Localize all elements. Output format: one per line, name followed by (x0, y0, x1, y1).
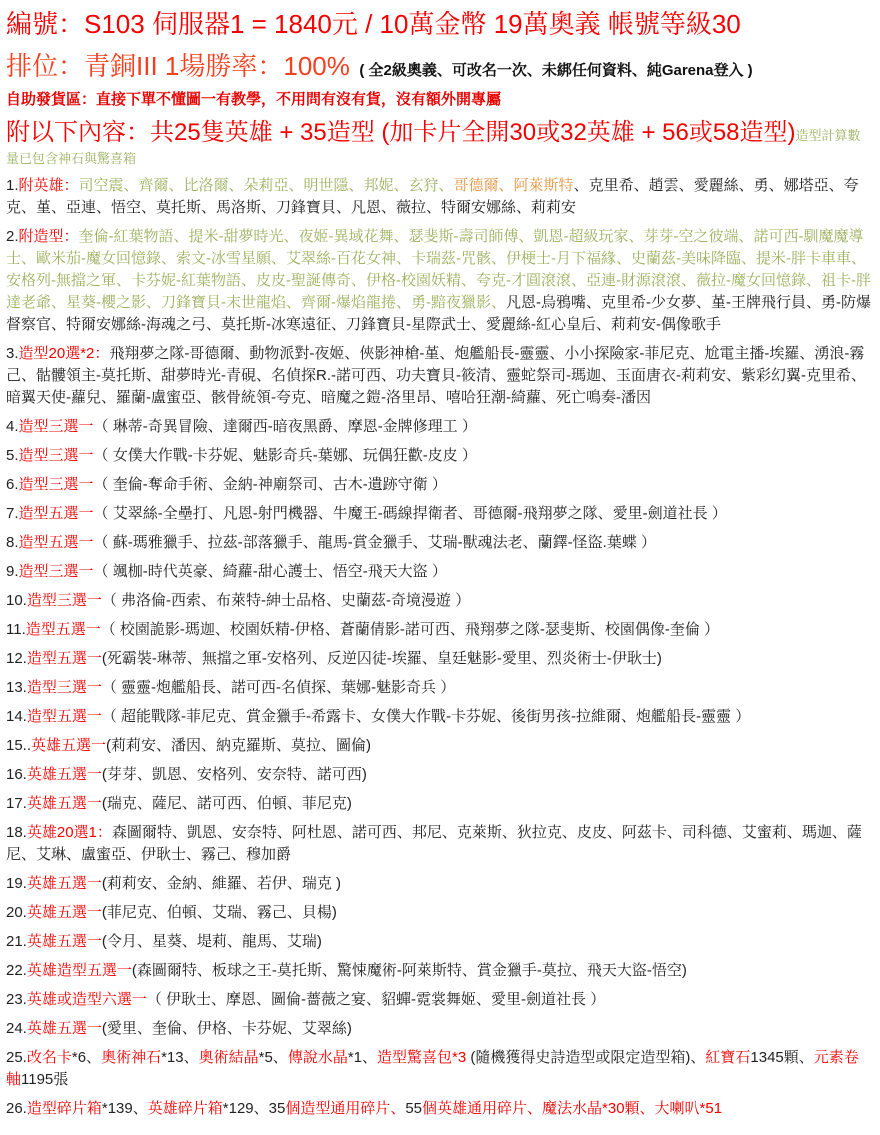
list-item: 4.造型三選一（ 琳蒂-奇異冒險、達爾西-暗夜黑爵、摩恩-金牌修理工 ） (6, 416, 872, 438)
list-item: 17.英雄五選一(瑞克、薩尼、諾可西、伯頓、菲尼克) (6, 793, 872, 815)
item-number: 11. (6, 621, 26, 638)
item-text: 1195張 (21, 1071, 68, 1088)
item-text: *139、 (102, 1100, 148, 1117)
item-number: 5. (6, 447, 19, 464)
item-text: （ 伊耿士、摩恩、圖倫-薔薇之宴、貂蟬-霓裳舞姬、愛里-劍道社長 ） (147, 991, 605, 1008)
item-text: （ 艾翠絲-全壘打、凡恩-射門機器、牛魔王-碼線捍衛者、哥德爾-飛翔夢之隊、愛里… (94, 505, 727, 522)
item-text: (隨機獲得史詩造型或限定造型箱)、 (466, 1049, 705, 1066)
item-text: (森圖爾特、板球之王-莫托斯、驚悚魔術-阿萊斯特、賞金獵手-莫拉、飛天大盜-悟空… (132, 962, 687, 979)
item-text: 奧術神石 (101, 1049, 161, 1066)
list-item: 22.英雄造型五選一(森圖爾特、板球之王-莫托斯、驚悚魔術-阿萊斯特、賞金獵手-… (6, 960, 872, 982)
list-item: 19.英雄五選一(莉莉安、金納、維羅、若伊、瑞克 ) (6, 873, 872, 895)
item-label: 造型三選一 (27, 592, 102, 609)
item-text: 造型驚喜包*3 (377, 1049, 466, 1066)
list-item: 18.英雄20選1：森圖爾特、凱恩、安奈特、阿杜恩、諾可西、邦尼、克萊斯、狄拉克… (6, 822, 872, 866)
item-number: 10. (6, 592, 27, 609)
item-text: 個英雄通用碎片、魔法水晶*30顆、大喇叭*51 (422, 1100, 722, 1117)
item-text: 英雄碎片箱 (148, 1100, 223, 1117)
item-label: 附造型： (19, 228, 79, 245)
item-text: （ 校園詭影-瑪迦、校園妖精-伊格、蒼蘭倩影-諾可西、飛翔夢之隊-瑟斐斯、校園偶… (101, 621, 719, 638)
item-label: 英雄五選一 (31, 737, 106, 754)
item-text: *13、 (161, 1049, 199, 1066)
item-text: （ 琳蒂-奇異冒險、達爾西-暗夜黑爵、摩恩-金牌修理工 ） (94, 418, 477, 435)
list-item: 15..英雄五選一(莉莉安、潘因、納克羅斯、莫拉、圖倫) (6, 735, 872, 757)
item-text: 紅寶石 (705, 1049, 750, 1066)
rank-line: 排位：青銅III 1場勝率：100% ( 全2級奧義、可改名一次、未綁任何資料、… (6, 50, 872, 83)
list-item: 8.造型五選一（ 蘇-瑪雅獵手、拉茲-部落獵手、龍馬-賞金獵手、艾瑞-獸魂法老、… (6, 532, 872, 554)
item-number: 8. (6, 534, 19, 551)
item-text: (芽芽、凱恩、安格列、安奈特、諾可西) (102, 766, 367, 783)
item-number: 21. (6, 933, 27, 950)
item-number: 15.. (6, 737, 31, 754)
item-label: 附英雄： (19, 177, 79, 194)
item-number: 24. (6, 1020, 27, 1037)
item-label: 英雄五選一 (27, 875, 102, 892)
item-text: （ 靈靈-炮艦船長、諾可西-名偵探、葉娜-魅影奇兵 ） (102, 679, 455, 696)
item-text: *1、 (348, 1049, 377, 1066)
item-number: 7. (6, 505, 19, 522)
listing-document: 編號：S103 伺服器1 = 1840元 / 10萬金幣 19萬奧義 帳號等級3… (0, 0, 880, 1135)
item-label: 英雄造型五選一 (27, 962, 132, 979)
item-text: *5、 (259, 1049, 288, 1066)
item-label: 英雄或造型六選一 (27, 991, 147, 1008)
item-number: 14. (6, 708, 27, 725)
item-label: 英雄五選一 (27, 766, 102, 783)
contents-summary: 附以下內容：共25隻英雄 + 35造型 (加卡片全開30或32英雄 + 56或5… (6, 119, 796, 146)
item-text: 造型碎片箱 (27, 1100, 102, 1117)
list-item: 14.造型五選一（ 超能戰隊-菲尼克、賞金獵手-希露卡、女僕大作戰-卡芬妮、後街… (6, 706, 872, 728)
item-number: 23. (6, 991, 27, 1008)
list-item: 12.造型五選一(死霸裝-琳蒂、無擋之軍-安格列、反逆囚徒-埃羅、皇廷魅影-愛里… (6, 648, 872, 670)
list-item: 1.附英雄：司空震、齊爾、比洛爾、朵莉亞、明世隱、邦妮、玄狩、哥德爾、阿萊斯特、… (6, 175, 872, 219)
list-item: 11.造型五選一（ 校園詭影-瑪迦、校園妖精-伊格、蒼蘭倩影-諾可西、飛翔夢之隊… (6, 619, 872, 641)
list-item: 10.造型三選一（ 弗洛倫-西索、布萊特-紳士品格、史蘭茲-奇境漫遊 ） (6, 590, 872, 612)
item-number: 17. (6, 795, 27, 812)
item-text: (死霸裝-琳蒂、無擋之軍-安格列、反逆囚徒-埃羅、皇廷魅影-愛里、烈炎術士-伊耿… (102, 650, 662, 667)
item-text: （ 女僕大作戰-卡芬妮、魅影奇兵-葉娜、玩偶狂歡-皮皮 ） (94, 447, 477, 464)
listing-title: 編號：S103 伺服器1 = 1840元 / 10萬金幣 19萬奧義 帳號等級3… (6, 8, 872, 41)
item-label: 造型五選一 (19, 534, 94, 551)
item-text: （ 颯枷-時代英豪、綺蘿-甜心護士、悟空-飛天大盜 ） (94, 563, 447, 580)
item-label: 英雄五選一 (27, 1020, 102, 1037)
item-text: 森圖爾特、凱恩、安奈特、阿杜恩、諾可西、邦尼、克萊斯、狄拉克、皮皮、阿茲卡、司科… (6, 824, 862, 863)
rank-note: ( 全2級奧義、可改名一次、未綁任何資料、純Garena登入 ) (359, 62, 752, 79)
item-number: 18. (6, 824, 27, 841)
item-text: （ 弗洛倫-西索、布萊特-紳士品格、史蘭茲-奇境漫遊 ） (102, 592, 470, 609)
list-item: 9.造型三選一（ 颯枷-時代英豪、綺蘿-甜心護士、悟空-飛天大盜 ） (6, 561, 872, 583)
item-text: (愛里、奎倫、伊格、卡芬妮、艾翠絲) (102, 1020, 352, 1037)
item-text: 傳說水晶 (288, 1049, 348, 1066)
item-number: 16. (6, 766, 27, 783)
list-item: 5.造型三選一（ 女僕大作戰-卡芬妮、魅影奇兵-葉娜、玩偶狂歡-皮皮 ） (6, 445, 872, 467)
list-item: 24.英雄五選一(愛里、奎倫、伊格、卡芬妮、艾翠絲) (6, 1018, 872, 1040)
item-text: (令月、星葵、堤莉、龍馬、艾瑞) (102, 933, 322, 950)
item-label: 英雄五選一 (27, 933, 102, 950)
item-label: 造型三選一 (27, 679, 102, 696)
self-service-note: 自助發貨區：直接下單不懂圖一有教學，不用問有沒有貨，沒有額外開專屬 (6, 90, 872, 109)
item-text: 司空震、齊爾、比洛爾、朵莉亞、明世隱、邦妮、玄狩、 (79, 177, 454, 194)
item-number: 1. (6, 177, 19, 194)
item-number: 13. (6, 679, 27, 696)
item-label: 英雄五選一 (27, 795, 102, 812)
list-item: 6.造型三選一（ 奎倫-奪命手術、金納-神廟祭司、古木-遺跡守衛 ） (6, 474, 872, 496)
item-number: 25. (6, 1049, 27, 1066)
item-text: （ 蘇-瑪雅獵手、拉茲-部落獵手、龍馬-賞金獵手、艾瑞-獸魂法老、蘭鐸-怪盜.葉… (94, 534, 656, 551)
item-label: 造型五選一 (27, 708, 102, 725)
item-number: 6. (6, 476, 19, 493)
list-item: 3.造型20選*2：飛翔夢之隊-哥德爾、動物派對-夜姬、俠影神槍-堇、炮艦船長-… (6, 343, 872, 409)
item-text: (莉莉安、潘因、納克羅斯、莫拉、圖倫) (106, 737, 371, 754)
item-number: 22. (6, 962, 27, 979)
item-label: 英雄五選一 (27, 904, 102, 921)
item-text: （ 奎倫-奪命手術、金納-神廟祭司、古木-遺跡守衛 ） (94, 476, 447, 493)
item-number: 3. (6, 345, 19, 362)
list-item: 23.英雄或造型六選一（ 伊耿士、摩恩、圖倫-薔薇之宴、貂蟬-霓裳舞姬、愛里-劍… (6, 989, 872, 1011)
list-item: 13.造型三選一（ 靈靈-炮艦船長、諾可西-名偵探、葉娜-魅影奇兵 ） (6, 677, 872, 699)
item-text: *129、35 (223, 1100, 286, 1117)
list-item: 7.造型五選一（ 艾翠絲-全壘打、凡恩-射門機器、牛魔王-碼線捍衛者、哥德爾-飛… (6, 503, 872, 525)
item-text: 改名卡 (27, 1049, 72, 1066)
list-item: 2.附造型：奎倫-紅葉物語、提米-甜夢時光、夜姬-異域花舞、瑟斐斯-壽司師傅、凱… (6, 226, 872, 336)
item-text: 哥德爾、阿萊斯特 (454, 177, 574, 194)
item-label: 造型五選一 (27, 650, 102, 667)
list-item: 25.改名卡*6、奧術神石*13、奧術結晶*5、傳說水晶*1、造型驚喜包*3 (… (6, 1047, 872, 1091)
item-label: 造型五選一 (26, 621, 101, 638)
item-label: 造型三選一 (19, 418, 94, 435)
item-text: 1345顆、 (750, 1049, 813, 1066)
list-item: 20.英雄五選一(菲尼克、伯頓、艾瑞、霧己、貝楊) (6, 902, 872, 924)
list-item: 16.英雄五選一(芽芽、凱恩、安格列、安奈特、諾可西) (6, 764, 872, 786)
item-number: 4. (6, 418, 19, 435)
item-list: 1.附英雄：司空震、齊爾、比洛爾、朵莉亞、明世隱、邦妮、玄狩、哥德爾、阿萊斯特、… (6, 175, 872, 1120)
item-label: 英雄20選1： (27, 824, 112, 841)
item-label: 造型三選一 (19, 447, 94, 464)
item-text: 個造型通用碎片、 (285, 1100, 405, 1117)
item-number: 26. (6, 1100, 27, 1117)
rank-text: 排位：青銅III 1場勝率：100% (6, 51, 350, 81)
item-number: 19. (6, 875, 27, 892)
list-item: 21.英雄五選一(令月、星葵、堤莉、龍馬、艾瑞) (6, 931, 872, 953)
item-label: 造型三選一 (19, 476, 94, 493)
item-text: (莉莉安、金納、維羅、若伊、瑞克 ) (102, 875, 341, 892)
item-text: 奧術結晶 (199, 1049, 259, 1066)
item-text: 55 (405, 1100, 422, 1117)
item-text: (瑞克、薩尼、諾可西、伯頓、菲尼克) (102, 795, 352, 812)
list-item: 26.造型碎片箱*139、英雄碎片箱*129、35個造型通用碎片、55個英雄通用… (6, 1098, 872, 1120)
item-text: (菲尼克、伯頓、艾瑞、霧己、貝楊) (102, 904, 337, 921)
item-number: 20. (6, 904, 27, 921)
item-number: 9. (6, 563, 19, 580)
item-label: 造型三選一 (19, 563, 94, 580)
item-text: 飛翔夢之隊-哥德爾、動物派對-夜姬、俠影神槍-堇、炮艦船長-靈靈、小小探險家-菲… (6, 345, 866, 406)
item-text: （ 超能戰隊-菲尼克、賞金獵手-希露卡、女僕大作戰-卡芬妮、後街男孩-拉維爾、炮… (102, 708, 750, 725)
item-text: *6、 (72, 1049, 101, 1066)
item-number: 2. (6, 228, 19, 245)
contents-line: 附以下內容：共25隻英雄 + 35造型 (加卡片全開30或32英雄 + 56或5… (6, 118, 872, 168)
item-label: 造型五選一 (19, 505, 94, 522)
item-label: 造型20選*2： (19, 345, 110, 362)
item-number: 12. (6, 650, 27, 667)
